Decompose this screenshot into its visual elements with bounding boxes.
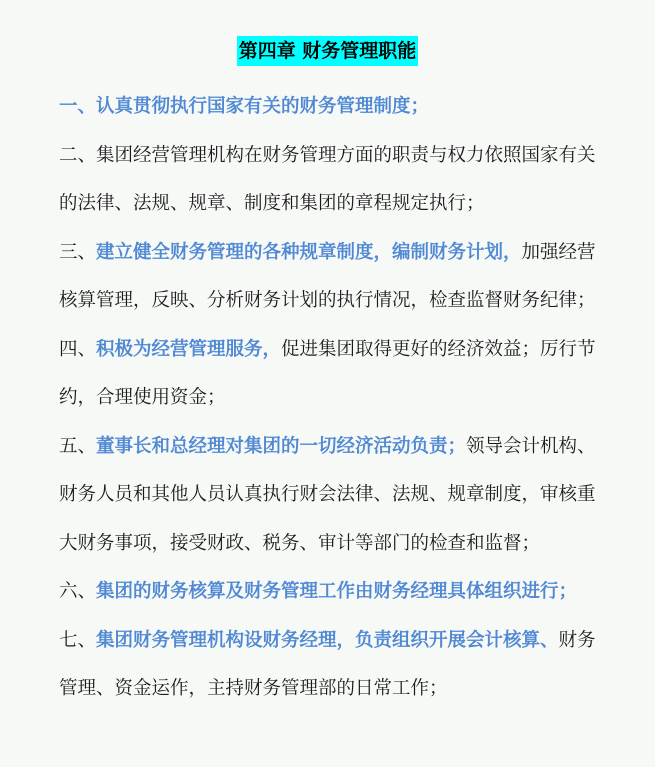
paragraph-7-number: 七、: [59, 630, 96, 651]
paragraph-6: 六、集团的财务核算及财务管理工作由财务经理具体组织进行；: [59, 568, 599, 617]
paragraph-6-emphasis: 集团的财务核算及财务管理工作由财务经理具体组织进行；: [96, 581, 577, 602]
paragraph-2-text: 二、集团经营管理机构在财务管理方面的职责与权力依照国家有关的法律、法规、规章、制…: [59, 145, 596, 215]
chapter-title: 第四章 财务管理职能: [237, 36, 419, 66]
paragraph-6-number: 六、: [59, 581, 96, 602]
paragraph-5-emphasis: 董事长和总经理对集团的一切经济活动负责；: [96, 436, 466, 457]
paragraph-7-emphasis: 集团财务管理机构设财务经理，负责组织开展会计核算、: [96, 630, 559, 651]
paragraph-5-number: 五、: [59, 436, 96, 457]
paragraph-5: 五、董事长和总经理对集团的一切经济活动负责；领导会计机构、财务人员和其他人员认真…: [59, 423, 599, 569]
paragraph-4-number: 四、: [59, 339, 96, 360]
paragraph-4-emphasis: 积极为经营管理服务，: [96, 339, 281, 360]
paragraph-4: 四、积极为经营管理服务，促进集团取得更好的经济效益；厉行节约，合理使用资金；: [59, 326, 599, 423]
paragraph-1: 一、认真贯彻执行国家有关的财务管理制度；: [59, 83, 599, 132]
paragraph-2: 二、集团经营管理机构在财务管理方面的职责与权力依照国家有关的法律、法规、规章、制…: [59, 132, 599, 229]
title-wrapper: 第四章 财务管理职能: [0, 36, 655, 66]
document-body: 一、认真贯彻执行国家有关的财务管理制度； 二、集团经营管理机构在财务管理方面的职…: [59, 83, 599, 714]
paragraph-3-emphasis: 建立健全财务管理的各种规章制度，编制财务计划，: [96, 242, 522, 263]
paragraph-3: 三、建立健全财务管理的各种规章制度，编制财务计划，加强经营核算管理，反映、分析财…: [59, 229, 599, 326]
paragraph-3-number: 三、: [59, 242, 96, 263]
paragraph-7: 七、集团财务管理机构设财务经理，负责组织开展会计核算、财务管理、资金运作，主持财…: [59, 617, 599, 714]
paragraph-1-emphasis: 一、认真贯彻执行国家有关的财务管理制度；: [59, 96, 429, 117]
